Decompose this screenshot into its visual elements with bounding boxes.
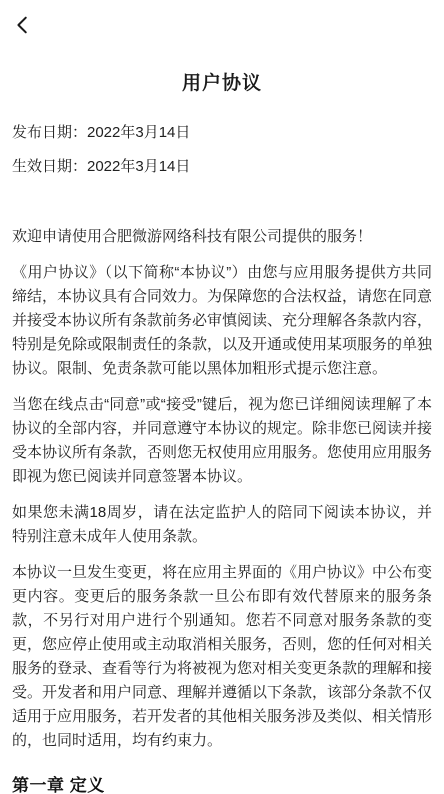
nav-bar bbox=[0, 0, 444, 36]
agreement-paragraph: 本协议一旦发生变更，将在应用主界面的《用户协议》中公布变更内容。变更后的服务条款… bbox=[12, 561, 432, 753]
user-agreement-screen: 用户协议 发布日期：2022年3月14日 生效日期：2022年3月14日 欢迎申… bbox=[0, 0, 444, 794]
page-title: 用户协议 bbox=[0, 68, 444, 95]
publish-date: 发布日期：2022年3月14日 bbox=[12, 123, 432, 143]
agreement-paragraph: 当您在线点击“同意”或“接受”键后，视为您已详细阅读理解了本协议的全部内容，并同… bbox=[12, 393, 432, 489]
section-heading-chapter-1: 第一章 定义 bbox=[12, 771, 432, 794]
agreement-body: 欢迎申请使用合肥微游网络科技有限公司提供的服务！ 《用户协议》（以下简称“本协议… bbox=[12, 225, 432, 753]
agreement-content: 发布日期：2022年3月14日 生效日期：2022年3月14日 欢迎申请使用合肥… bbox=[0, 123, 444, 794]
agreement-paragraph: 如果您未满18周岁，请在法定监护人的陪同下阅读本协议，并特别注意未成年人使用条款… bbox=[12, 501, 432, 549]
agreement-paragraph: 《用户协议》（以下简称“本协议”）由您与应用服务提供方共同缔结，本协议具有合同效… bbox=[12, 261, 432, 381]
chevron-left-icon bbox=[12, 14, 34, 36]
effective-date: 生效日期：2022年3月14日 bbox=[12, 157, 432, 177]
back-button[interactable] bbox=[12, 12, 38, 38]
agreement-paragraph: 欢迎申请使用合肥微游网络科技有限公司提供的服务！ bbox=[12, 225, 432, 249]
